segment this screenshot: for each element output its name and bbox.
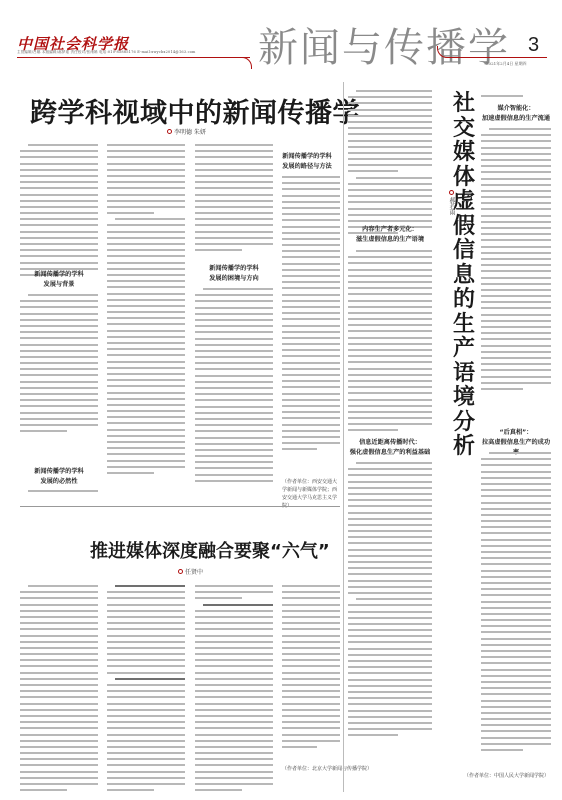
article-body-column	[348, 90, 432, 239]
author-affiliation: （作者单位：北京大学新闻与传播学院）	[282, 765, 382, 773]
article-body-column	[107, 585, 185, 795]
masthead-rule-right	[447, 57, 547, 58]
masthead: 中国社会科学报 主管编辑/吕娜 本版编辑/郝梦瑶 责任校对/张雨嫣 电话:010…	[0, 0, 562, 80]
article-body-column	[20, 294, 98, 436]
article-body-column	[348, 462, 432, 740]
masthead-rule-left	[17, 57, 250, 58]
byline-marker-icon	[167, 129, 172, 134]
article-subhead: 新闻传播学的学科发展的困境与方向	[195, 264, 273, 284]
article-byline: 任贤中	[178, 567, 203, 576]
article-body-column	[481, 452, 551, 755]
article-headline: 跨学科视域中的新闻传播学	[30, 91, 360, 130]
article-body-column	[107, 144, 185, 478]
editors-line: 主管编辑/吕娜 本版编辑/郝梦瑶 责任校对/张雨嫣 电话:010-8588517…	[17, 50, 196, 55]
article-byline: 李明德 朱妍	[167, 127, 206, 136]
article-subhead: 内容生产者多元化：滋生虚假信息的生产语境	[348, 225, 432, 245]
article-subhead: 新闻传播学的学科发展与背景	[20, 270, 98, 290]
article-divider	[20, 506, 340, 507]
article-body-column	[282, 585, 340, 752]
article-body-column	[20, 585, 98, 795]
section-title: 新闻与传播学	[258, 28, 510, 68]
article-subhead: 新闻传播学的学科发展的路径与方法	[268, 152, 346, 172]
article-headline-vertical: 社交媒体虚假信息的生产语境分析	[452, 92, 476, 460]
issue-date: 2021年2月4日 星期四	[486, 61, 527, 67]
article-subhead: 媒介智能化：加速虚假信息的生产流通	[479, 104, 553, 124]
column-divider	[343, 82, 344, 792]
author-affiliation: （作者单位：中国人民大学新闻学院）	[464, 772, 556, 780]
article-body-column	[195, 144, 273, 255]
article-body-column	[348, 250, 432, 436]
article-body-column	[282, 176, 340, 454]
article-headline: 推进媒体深度融合要聚“六气”	[90, 537, 330, 563]
article-body-column	[20, 490, 98, 496]
article-body-column	[481, 95, 551, 101]
byline-marker-icon	[178, 569, 183, 574]
masthead-rule-curve-left	[240, 57, 252, 69]
article-subhead: 新闻传播学的学科发展的必然性	[20, 467, 98, 487]
article-body-column	[195, 288, 273, 486]
article-subhead: 信息近距离传播时代：强化虚假信息生产的利益基础	[348, 438, 432, 458]
page-number: 3	[528, 34, 539, 57]
article-body-column	[481, 128, 551, 394]
article-byline: 郝若雨	[446, 190, 456, 215]
byline-marker-icon	[449, 190, 454, 195]
article-body-column	[195, 585, 273, 795]
article-body-column	[20, 144, 98, 280]
